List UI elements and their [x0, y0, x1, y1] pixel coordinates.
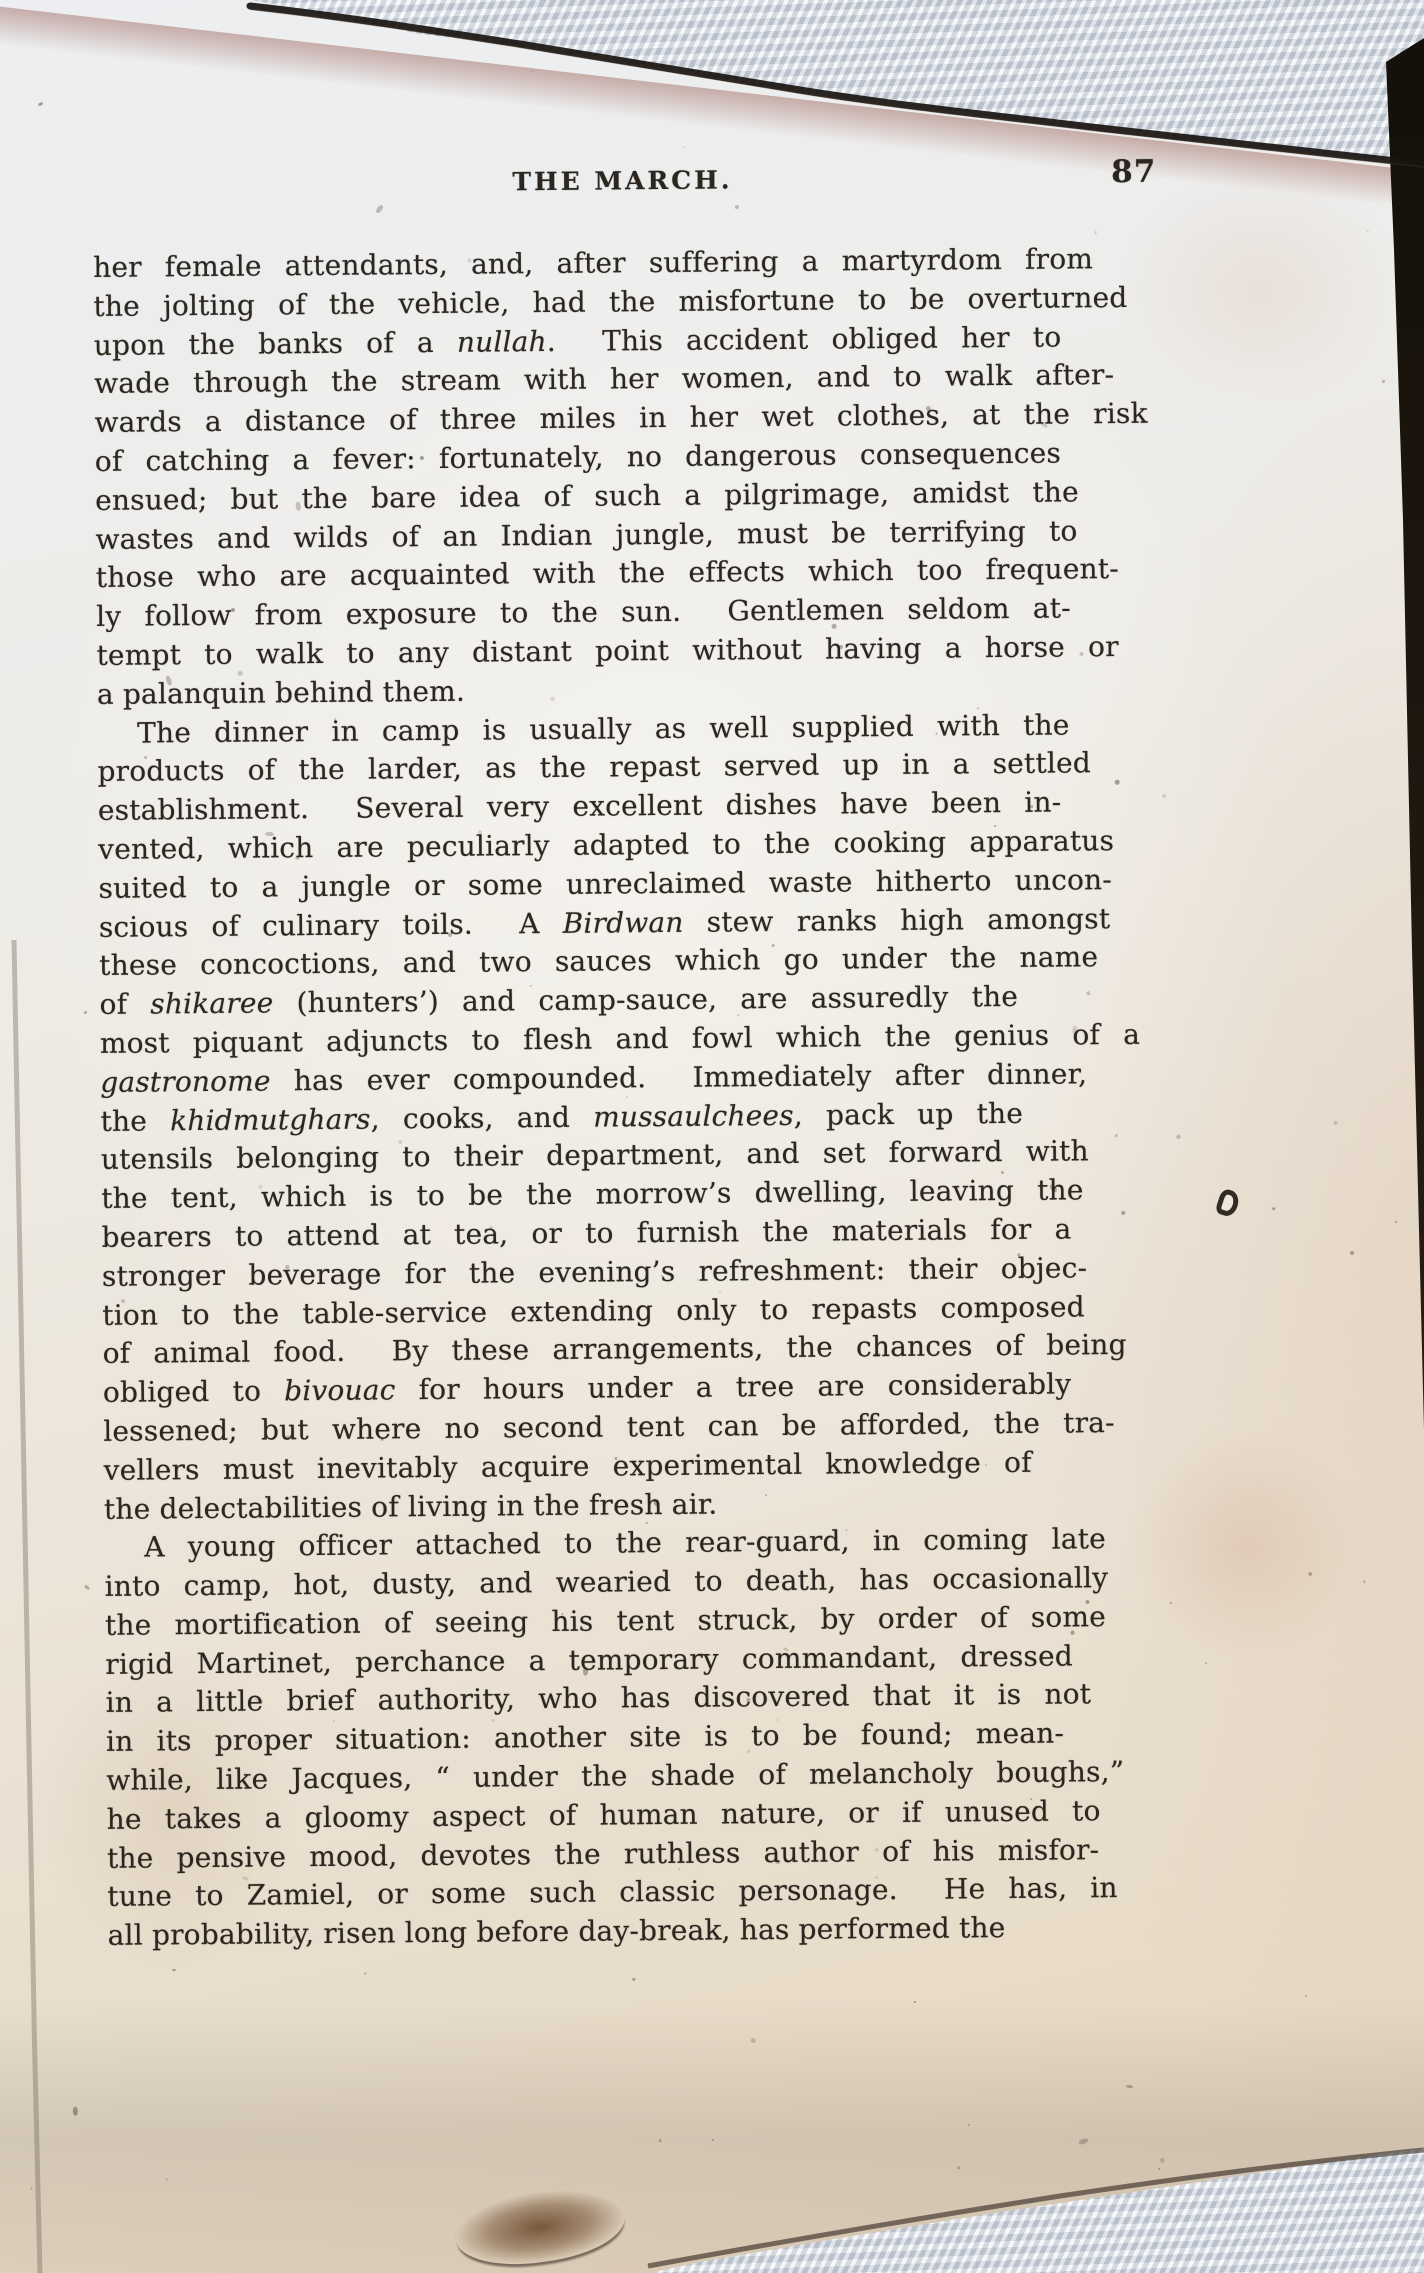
page-number: 87 — [1111, 154, 1156, 190]
speck — [914, 2001, 917, 2004]
scanned-book-page: THE MARCH. 87 her female attendants, and… — [0, 0, 1424, 2273]
speck — [751, 2038, 756, 2043]
speck — [364, 1972, 367, 1975]
speck — [660, 2139, 662, 2142]
speck — [1079, 2137, 1090, 2145]
speck — [1381, 379, 1385, 383]
speck — [37, 102, 43, 107]
speck — [1305, 1995, 1308, 1998]
speck — [1158, 2168, 1161, 2171]
speck — [1394, 1220, 1397, 1223]
speck — [83, 1010, 87, 1014]
speck — [1272, 1206, 1276, 1210]
speck — [956, 2165, 960, 2169]
speck — [1333, 1121, 1337, 1125]
speck — [1160, 2158, 1165, 2163]
running-head: THE MARCH. 87 — [92, 147, 1221, 249]
page-content: THE MARCH. 87 her female attendants, and… — [92, 147, 1236, 1956]
speck — [31, 2188, 33, 2190]
speck — [712, 2139, 715, 2142]
speck — [83, 1585, 90, 1591]
speck — [968, 2124, 971, 2127]
body-text: her female attendants, and, after suffer… — [93, 239, 1236, 1956]
speck — [1126, 2085, 1133, 2089]
speck — [165, 2177, 169, 2181]
stain — [451, 2181, 629, 2273]
speck — [73, 2107, 78, 2116]
speck — [683, 146, 685, 148]
speck — [1350, 1251, 1354, 1255]
running-title: THE MARCH. — [512, 165, 732, 196]
speck — [172, 1969, 177, 1972]
speck — [1364, 1580, 1366, 1583]
speck — [631, 1977, 636, 1982]
